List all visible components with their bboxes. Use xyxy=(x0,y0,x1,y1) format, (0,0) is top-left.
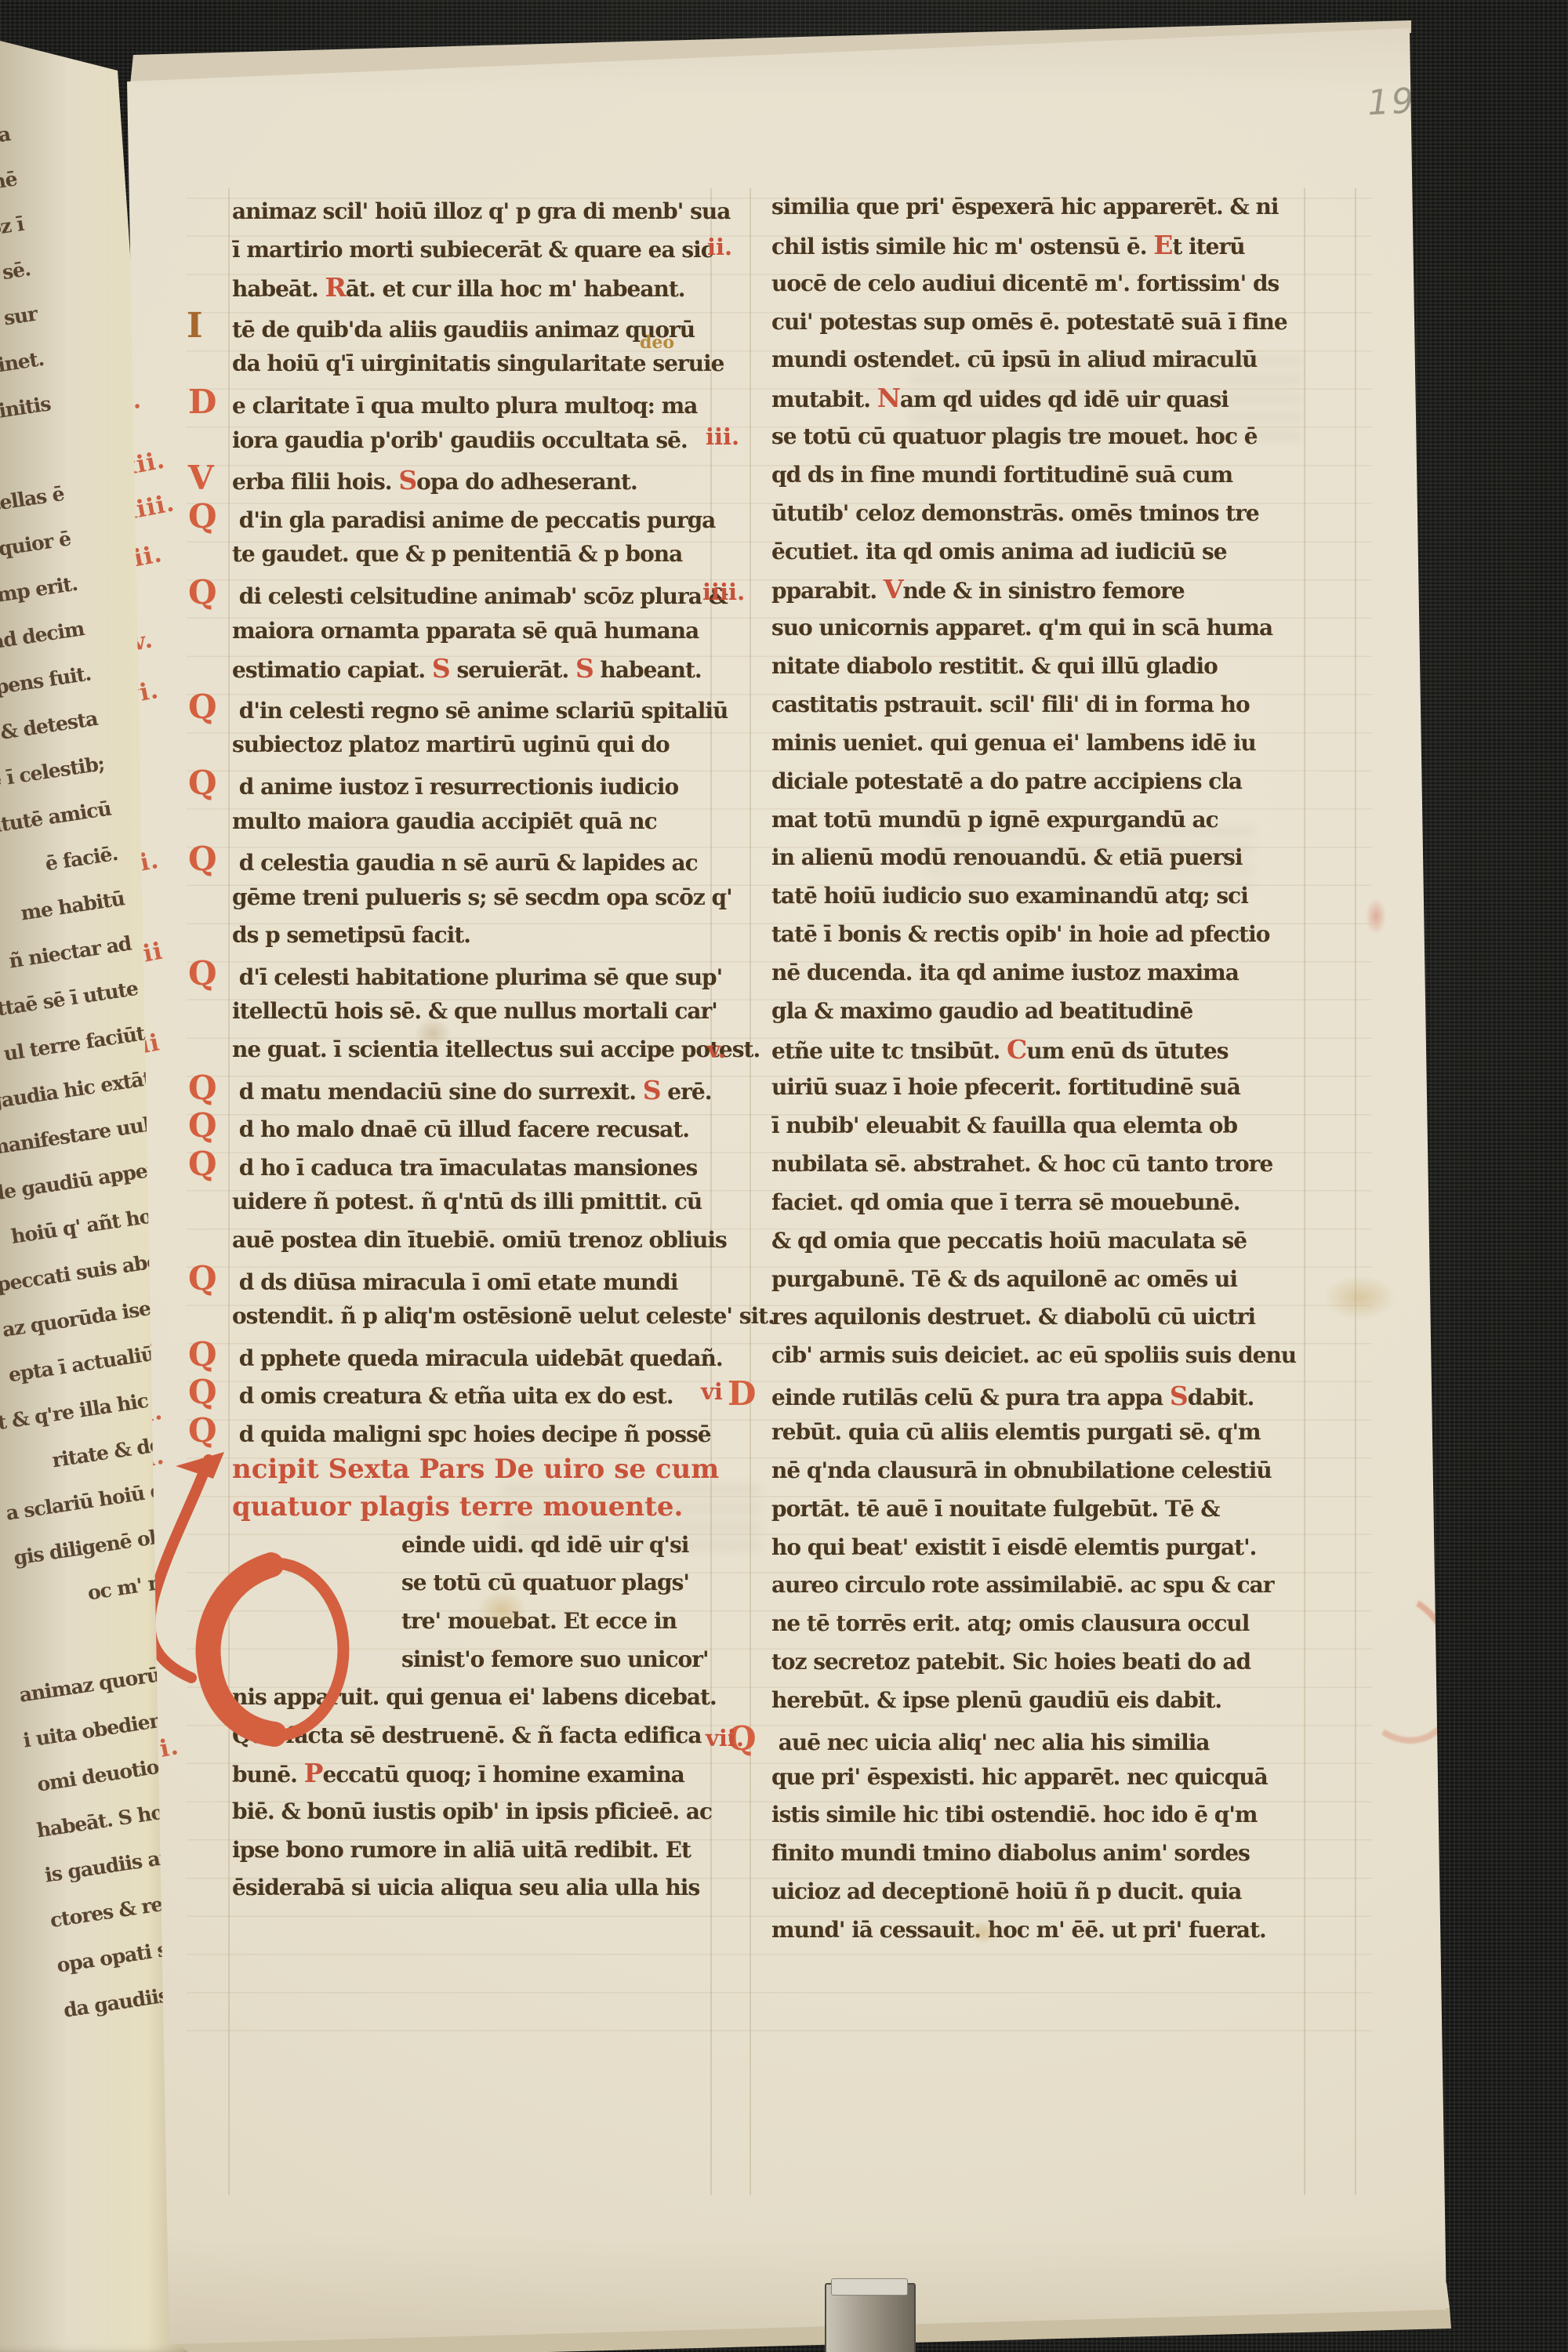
text-run: uocē de celo audiui dicentē m'. fortissi… xyxy=(771,270,1279,296)
text-run: mundi ostendet. cū ipsū in aliud miracul… xyxy=(771,347,1257,372)
text-run: aureo circulo rote assimilabiē. ac spu &… xyxy=(771,1572,1274,1598)
manuscript-line: ds p semetipsū facit. xyxy=(232,916,712,955)
manuscript-line: suo unicornis apparet. q'm qui in scā hu… xyxy=(771,609,1305,648)
manuscript-line: mat totū mundū p ignē expurgandū ac xyxy=(771,801,1305,840)
yellow-stain xyxy=(1323,1275,1396,1320)
text-run: nē q'nda clausurā in obnubilatione celes… xyxy=(771,1457,1272,1483)
red-capital: P xyxy=(304,1758,323,1788)
yellow-stain-initial xyxy=(477,1590,527,1629)
text-run: uidere ñ potest. ñ q'ntū ds illi pmittit… xyxy=(232,1189,702,1214)
text-run: subiectoz platoz martirū uginū qui do xyxy=(232,731,670,757)
text-run: d'in gla paradisi anime de peccatis purg… xyxy=(232,507,715,533)
manuscript-line: mund' iā cessauit. hoc m' ēē. ut pri' fu… xyxy=(771,1911,1305,1950)
manuscript-line: nubilata sē. abstrahet. & hoc cū tanto t… xyxy=(771,1145,1305,1184)
text-run: qd ds in fine mundi fortitudinē suā cum xyxy=(771,462,1232,488)
manuscript-line: toz secretoz patebit. Sic hoies beati do… xyxy=(771,1643,1305,1682)
text-run: ncipit Sexta Pars De uiro se cum xyxy=(232,1454,719,1485)
manuscript-line: habeāt. Rāt. et cur illa hoc m' habeant. xyxy=(232,269,712,307)
text-run: iora gaudia p'orib' gaudiis occultata sē… xyxy=(232,427,688,453)
red-capital: S xyxy=(575,653,593,684)
text-run: e claritate ī qua multo plura multoq: ma xyxy=(232,393,697,419)
text-run: ī martirio morti subiecerāt & quare ea s… xyxy=(232,237,713,263)
manuscript-line: itellectū hois sē. & que nullus mortali … xyxy=(232,993,712,1031)
text-run: bunē. xyxy=(232,1762,304,1788)
red-capital: S xyxy=(432,653,450,684)
text-run: d ds diūsa miracula ī omī etate mundi xyxy=(232,1269,678,1295)
text-run: te gaudet. que & p penitentiā & p bona xyxy=(232,541,682,567)
manuscript-line: ncipit Sexta Pars De uiro se cum xyxy=(232,1450,712,1489)
text-run: suo unicornis apparet. q'm qui in scā hu… xyxy=(771,615,1272,641)
manuscript-line: Q d quida maligni spc hoies decipe ñ pos… xyxy=(232,1412,712,1450)
manuscript-line: minis ueniet. qui genua ei' lambens idē … xyxy=(771,724,1305,763)
text-run: diciale potestatē a do patre accipiens c… xyxy=(771,768,1242,794)
text-run: nde & in sinistro femore xyxy=(902,578,1184,604)
manuscript-line: uicioz ad deceptionē hoiū ñ p ducit. qui… xyxy=(771,1873,1305,1911)
text-run: cui' potestas sup omēs ē. potestatē suā … xyxy=(771,309,1287,335)
text-run: d'ī celesti habitatione plurima sē que s… xyxy=(232,964,722,990)
text-run: minis ueniet. qui genua ei' lambens idē … xyxy=(771,730,1256,756)
manuscript-line: Q d'in celesti regno sē anime sclariū sp… xyxy=(232,688,712,727)
manuscript-line: tatē ī bonis & rectis opib' in hoie ad p… xyxy=(771,916,1305,954)
right-text-column: similia que pri' ēspexerā hic apparerēt.… xyxy=(771,188,1305,1950)
manuscript-line: ī martirio morti subiecerāt & quare ea s… xyxy=(232,231,712,270)
manuscript-line: te gaudet. que & p penitentiā & p bona xyxy=(232,535,712,574)
text-run: einde uidi. qd idē uir q'si xyxy=(401,1532,688,1558)
manuscript-line: auē postea din ītuebiē. omiū trenoz obli… xyxy=(232,1221,712,1260)
manuscript-line: Q d omis creatura & etña uita ex do est. xyxy=(232,1374,712,1412)
manuscript-line: herebūt. & ipse plenū gaudiū eis dabit. xyxy=(771,1682,1305,1720)
chapter-numeral-margin: i. xyxy=(158,1733,181,1763)
text-run: portāt. tē auē ī nouitate fulgebūt. Tē & xyxy=(771,1496,1220,1522)
text-run: d celestia gaudia n sē aurū & lapides ac xyxy=(232,850,698,876)
text-run: & qd omia que peccatis hoiū maculata sē xyxy=(771,1228,1247,1254)
manuscript-line: Q d ds diūsa miracula ī omī etate mundi xyxy=(232,1260,712,1298)
manuscript-line: Q d anime iustoz ī resurrectionis iudici… xyxy=(232,764,712,803)
text-run: uicioz ad deceptionē hoiū ñ p ducit. qui… xyxy=(771,1878,1241,1904)
manuscript-line: ī nubib' eleuabit & fauilla qua elemta o… xyxy=(771,1107,1305,1145)
manuscript-line: & qd omia que peccatis hoiū maculata sē xyxy=(771,1222,1305,1261)
text-run: nitate diabolo restitit. & qui illū glad… xyxy=(771,653,1218,679)
bottom-clasp-cap xyxy=(831,2278,908,2296)
chapter-numeral-gutter: iii. xyxy=(706,423,739,450)
text-run: habeant. xyxy=(593,657,702,683)
chapter-numeral-gutter: vii. xyxy=(706,1725,744,1751)
manuscript-line: bunē. Peccatū quoq; ī homine examina xyxy=(232,1755,712,1793)
manuscript-line: qd ds in fine mundi fortitudinē suā cum xyxy=(771,456,1305,495)
text-run: animaz scil' hoiū illoz q' p gra di menb… xyxy=(232,198,730,224)
manuscript-line: cui' potestas sup omēs ē. potestatē suā … xyxy=(771,303,1305,342)
chapter-numeral-gutter: iiii. xyxy=(702,579,745,605)
text-run: tatē ī bonis & rectis opib' in hoie ad p… xyxy=(771,921,1269,947)
yellow-dot xyxy=(969,1921,997,1944)
manuscript-line: ne tē torrēs erit. atq; omis clausura oc… xyxy=(771,1605,1305,1643)
manuscript-line: diciale potestatē a do patre accipiens c… xyxy=(771,763,1305,801)
manuscript-line: De claritate ī qua multo plura multoq: m… xyxy=(232,383,712,422)
text-run: āt. et cur illa hoc m' habeant. xyxy=(346,276,685,302)
manuscript-line: ho qui beat' existit ī eisdē elemtis pur… xyxy=(771,1529,1305,1567)
manuscript-line: pparabit. Vnde & in sinistro femore xyxy=(771,571,1305,609)
manuscript-line: gēme treni pulueris s; sē secdm opa scōz… xyxy=(232,879,712,917)
text-run: mat totū mundū p ignē expurgandū ac xyxy=(771,807,1218,833)
ochre-gloss-deo: deo xyxy=(640,332,674,353)
pink-mark xyxy=(1366,898,1386,935)
manuscript-line: Deinde rutilās celū & pura tra appa Sdab… xyxy=(771,1375,1305,1414)
manuscript-line: istis simile hic tibi ostendiē. hoc ido … xyxy=(771,1796,1305,1835)
manuscript-line: ostendit. ñ p aliq'm ostēsionē uelut cel… xyxy=(232,1298,712,1336)
text-run: in alienū modū renouandū. & etiā puersi xyxy=(771,844,1243,870)
manuscript-line: Q d ho malo dnaē cū illud facere recusat… xyxy=(232,1107,712,1145)
text-run: d ho ī caduca tra īmaculatas mansiones xyxy=(232,1155,697,1181)
text-run: einde rutilās celū & pura tra appa xyxy=(771,1385,1170,1410)
text-run: rebūt. quia cū aliis elemtis purgati sē.… xyxy=(771,1419,1261,1445)
red-capital: R xyxy=(325,272,345,303)
manuscript-line: nitate diabolo restitit. & qui illū glad… xyxy=(771,648,1305,686)
manuscript-line: uocē de celo audiui dicentē m'. fortissi… xyxy=(771,265,1305,303)
manuscript-line: Q d pphete queda miracula uidebāt quedañ… xyxy=(232,1336,712,1374)
text-run: ds p semetipsū facit. xyxy=(232,922,470,948)
text-run: ēcutiet. ita qd omis anima ad iudiciū se xyxy=(771,539,1227,564)
text-run: tatē hoiū iudicio suo examinandū atq; sc… xyxy=(771,883,1248,909)
text-run: tre' mouebat. Et ecce in xyxy=(401,1608,677,1634)
manuscript-line: mundi ostendet. cū ipsū in aliud miracul… xyxy=(771,341,1305,379)
text-run: ne tē torrēs erit. atq; omis clausura oc… xyxy=(771,1610,1249,1636)
text-run: ūtutib' celoz demonstrās. omēs tminos tr… xyxy=(771,500,1259,526)
manuscript-line: similia que pri' ēspexerā hic apparerēt.… xyxy=(771,188,1305,227)
chapter-numeral-gutter: v. xyxy=(707,1036,726,1063)
manuscript-line: biē. & bonū iustis opib' in ipsis pficie… xyxy=(232,1793,712,1831)
text-run: pparabit. xyxy=(771,578,884,604)
vertical-rule xyxy=(750,188,751,2195)
text-run: d anime iustoz ī resurrectionis iudicio xyxy=(232,774,678,800)
text-run: herebūt. & ipse plenū gaudiū eis dabit. xyxy=(771,1687,1221,1713)
manuscript-line: Q d celestia gaudia n sē aurū & lapides … xyxy=(232,840,712,879)
text-run: d'in celesti regno sē anime sclariū spit… xyxy=(232,698,728,724)
red-capital: C xyxy=(1007,1034,1026,1065)
chapter-numeral-gutter: vi xyxy=(701,1378,723,1405)
manuscript-line: etñe uite tc tnsibūt. Cum enū ds ūtutes xyxy=(771,1031,1305,1069)
manuscript-line: Q auē nec uicia aliq' nec alia his simil… xyxy=(771,1720,1305,1759)
manuscript-line: animaz scil' hoiū illoz q' p gra di menb… xyxy=(232,193,712,231)
manuscript-line: ēcutiet. ita qd omis anima ad iudiciū se xyxy=(771,533,1305,572)
text-run: tē de quib'da aliis gaudiis animaz quorū xyxy=(232,317,695,343)
text-run: d pphete queda miracula uidebāt quedañ. xyxy=(232,1345,723,1371)
manuscript-line: uidere ñ potest. ñ q'ntū ds illi pmittit… xyxy=(232,1183,712,1221)
text-run: ī nubib' eleuabit & fauilla qua elemta o… xyxy=(771,1112,1237,1138)
text-run: seruierāt. xyxy=(450,657,575,683)
text-run: cib' armis suis deiciet. ac eū spoliis s… xyxy=(771,1342,1296,1368)
text-run: finito mundi tmino diabolus anim' sordes xyxy=(771,1840,1250,1866)
manuscript-line: faciet. qd omia que ī terra sē mouebunē. xyxy=(771,1184,1305,1222)
text-run: se totū cū quatuor plags' xyxy=(401,1570,689,1595)
text-run: uiriū suaz ī hoie pfecerit. fortitudinē … xyxy=(771,1074,1240,1100)
text-run: que pri' ēspexisti. hic apparēt. nec qui… xyxy=(771,1764,1268,1790)
red-capital: S xyxy=(398,465,416,495)
text-run: res aquilonis destruet. & diabolū cū uic… xyxy=(771,1304,1255,1330)
manuscript-line: rebūt. quia cū aliis elemtis purgati sē.… xyxy=(771,1414,1305,1452)
manuscript-line: Q d ho ī caduca tra īmaculatas mansiones xyxy=(232,1145,712,1184)
manuscript-line: res aquilonis destruet. & diabolū cū uic… xyxy=(771,1298,1305,1337)
text-run: istis simile hic tibi ostendiē. hoc ido … xyxy=(771,1802,1258,1828)
text-run: d omis creatura & etña uita ex do est. xyxy=(232,1383,673,1409)
manuscript-line: Q d matu mendaciū sine do surrexit. S er… xyxy=(232,1069,712,1108)
text-run: castitatis pstrauit. scil' fili' di in f… xyxy=(771,691,1250,717)
text-run: biē. & bonū iustis opib' in ipsis pficie… xyxy=(232,1798,712,1824)
text-run: auē nec uicia aliq' nec alia his similia xyxy=(771,1730,1210,1755)
text-run: gēme treni pulueris s; sē secdm opa scōz… xyxy=(232,884,732,910)
text-run: am qd uides qd idē uir quasi xyxy=(900,387,1229,412)
manuscript-line: mutabit. Nam qd uides qd idē uir quasi xyxy=(771,379,1305,418)
red-capital: N xyxy=(877,383,900,413)
manuscript-line: cib' armis suis deiciet. ac eū spoliis s… xyxy=(771,1337,1305,1375)
manuscript-line: finito mundi tmino diabolus anim' sordes xyxy=(771,1835,1305,1873)
pencil-folio-number: 196 xyxy=(1367,80,1442,124)
manuscript-page: animaz scil' hoiū illoz q' p gra di menb… xyxy=(0,0,1568,2352)
red-capital: S xyxy=(1170,1381,1188,1411)
manuscript-line: aureo circulo rote assimilabiē. ac spu &… xyxy=(771,1566,1305,1605)
text-run: auē postea din ītuebiē. omiū trenoz obli… xyxy=(232,1227,727,1253)
text-run: nē ducenda. ita qd anime iustoz maxima xyxy=(771,960,1239,985)
red-capital: V xyxy=(884,574,903,604)
manuscript-line: Q d'ī celesti habitatione plurima sē que… xyxy=(232,955,712,993)
text-run: um enū ds ūtutes xyxy=(1026,1038,1228,1064)
text-run: ipse bono rumore in aliā uitā redibit. E… xyxy=(232,1837,691,1863)
text-run: se totū cū quatuor plagis tre mouet. hoc… xyxy=(771,423,1258,449)
text-run: habeāt. xyxy=(232,276,325,302)
manuscript-line: ipse bono rumore in aliā uitā redibit. E… xyxy=(232,1831,712,1870)
manuscript-line: que pri' ēspexisti. hic apparēt. nec qui… xyxy=(771,1759,1305,1797)
text-run: opa do adheserant. xyxy=(416,469,637,495)
manuscript-line: ēsiderabā si uicia aliqua seu alia ulla … xyxy=(232,1869,712,1907)
text-run: ostendit. ñ p aliq'm ostēsionē uelut cel… xyxy=(232,1303,775,1329)
manuscript-line: iora gaudia p'orib' gaudiis occultata sē… xyxy=(232,422,712,460)
text-run: ho qui beat' existit ī eisdē elemtis pur… xyxy=(771,1534,1256,1560)
red-capital: S xyxy=(643,1075,661,1105)
text-run: d ho malo dnaē cū illud facere recusat. xyxy=(232,1116,689,1142)
manuscript-line: purgabunē. Tē & ds aquilonē ac omēs ui xyxy=(771,1261,1305,1299)
text-run: t iterū xyxy=(1172,234,1244,260)
manuscript-line: Q di celesti celsitudine animab' scōz pl… xyxy=(232,574,712,612)
text-run: etñe uite tc tnsibūt. xyxy=(771,1038,1007,1064)
manuscript-line: tatē hoiū iudicio suo examinandū atq; sc… xyxy=(771,877,1305,916)
vertical-rule xyxy=(228,188,230,2195)
manuscript-line: Verba filii hois. Sopa do adheserant. xyxy=(232,459,712,498)
text-run: similia que pri' ēspexerā hic apparerēt.… xyxy=(771,194,1279,220)
vertical-rule xyxy=(1355,188,1356,2195)
chapter-numeral-gutter: ii. xyxy=(707,234,732,260)
text-run: di celesti celsitudine animab' scōz plur… xyxy=(232,583,728,609)
text-run: eccatū quoq; ī homine examina xyxy=(322,1762,684,1788)
manuscript-line: nē ducenda. ita qd anime iustoz maxima xyxy=(771,954,1305,993)
text-run: gla & maximo gaudio ad beatitudinē xyxy=(771,998,1192,1024)
manuscript-photo: anime quoūdaxpi tenebant nēdere peccatoz… xyxy=(0,0,1568,2352)
text-run: ne guat. ī scientia itellectus sui accip… xyxy=(232,1036,760,1062)
text-run: chil istis simile hic m' ostensū ē. xyxy=(771,234,1153,260)
brown-spot xyxy=(414,1018,452,1049)
text-run: nubilata sē. abstrahet. & hoc cū tanto t… xyxy=(771,1151,1272,1177)
red-capital: E xyxy=(1153,230,1172,260)
manuscript-line: chil istis simile hic m' ostensū ē. Et i… xyxy=(771,227,1305,265)
text-run: quatuor plagis terre mouente. xyxy=(232,1491,683,1523)
manuscript-line: gla & maximo gaudio ad beatitudinē xyxy=(771,993,1305,1031)
text-run: faciet. qd omia que ī terra sē mouebunē. xyxy=(771,1189,1240,1215)
text-run: d quida maligni spc hoies decipe ñ possē xyxy=(232,1421,711,1447)
manuscript-line: maiora ornamta pparata sē quā humana xyxy=(232,612,712,651)
text-run: d matu mendaciū sine do surrexit. xyxy=(232,1079,643,1105)
manuscript-line: quatuor plagis terre mouente. xyxy=(232,1488,712,1526)
manuscript-line: nē q'nda clausurā in obnubilatione celes… xyxy=(771,1452,1305,1490)
manuscript-line: ne guat. ī scientia itellectus sui accip… xyxy=(232,1031,712,1069)
text-run: sinist'o femore suo unicor' xyxy=(401,1646,709,1672)
text-run: erē. xyxy=(661,1079,712,1105)
text-run: ēsiderabā si uicia aliqua seu alia ulla … xyxy=(232,1875,699,1900)
text-run: erba filii hois. xyxy=(232,469,398,495)
manuscript-line: se totū cū quatuor plagis tre mouet. hoc… xyxy=(771,418,1305,456)
manuscript-line: multo maiora gaudia accipiēt quā nc xyxy=(232,803,712,841)
text-run: estimatio capiat. xyxy=(232,657,432,683)
text-run: mund' iā cessauit. hoc m' ēē. ut pri' fu… xyxy=(771,1917,1266,1943)
big-initial-d xyxy=(194,1555,354,1747)
manuscript-line: portāt. tē auē ī nouitate fulgebūt. Tē & xyxy=(771,1490,1305,1529)
manuscript-line: Q d'in gla paradisi anime de peccatis pu… xyxy=(232,498,712,536)
manuscript-line: in alienū modū renouandū. & etiā puersi xyxy=(771,839,1305,877)
manuscript-line: ūtutib' celoz demonstrās. omēs tminos tr… xyxy=(771,495,1305,533)
text-run: mutabit. xyxy=(771,387,877,412)
manuscript-line: estimatio capiat. S seruierāt. S habeant… xyxy=(232,650,712,688)
text-run: dabit. xyxy=(1188,1385,1254,1410)
text-run: multo maiora gaudia accipiēt quā nc xyxy=(232,808,657,834)
text-run: maiora ornamta pparata sē quā humana xyxy=(232,618,699,644)
text-run: da hoiū q'ī uirginitatis singularitate s… xyxy=(232,350,724,376)
manuscript-line: subiectoz platoz martirū uginū qui do xyxy=(232,726,712,764)
text-run: purgabunē. Tē & ds aquilonē ac omēs ui xyxy=(771,1266,1237,1292)
manuscript-line: castitatis pstrauit. scil' fili' di in f… xyxy=(771,686,1305,724)
text-run: itellectū hois sē. & que nullus mortali … xyxy=(232,998,717,1024)
text-run: toz secretoz patebit. Sic hoies beati do… xyxy=(771,1649,1250,1675)
manuscript-line: uiriū suaz ī hoie pfecerit. fortitudinē … xyxy=(771,1069,1305,1107)
